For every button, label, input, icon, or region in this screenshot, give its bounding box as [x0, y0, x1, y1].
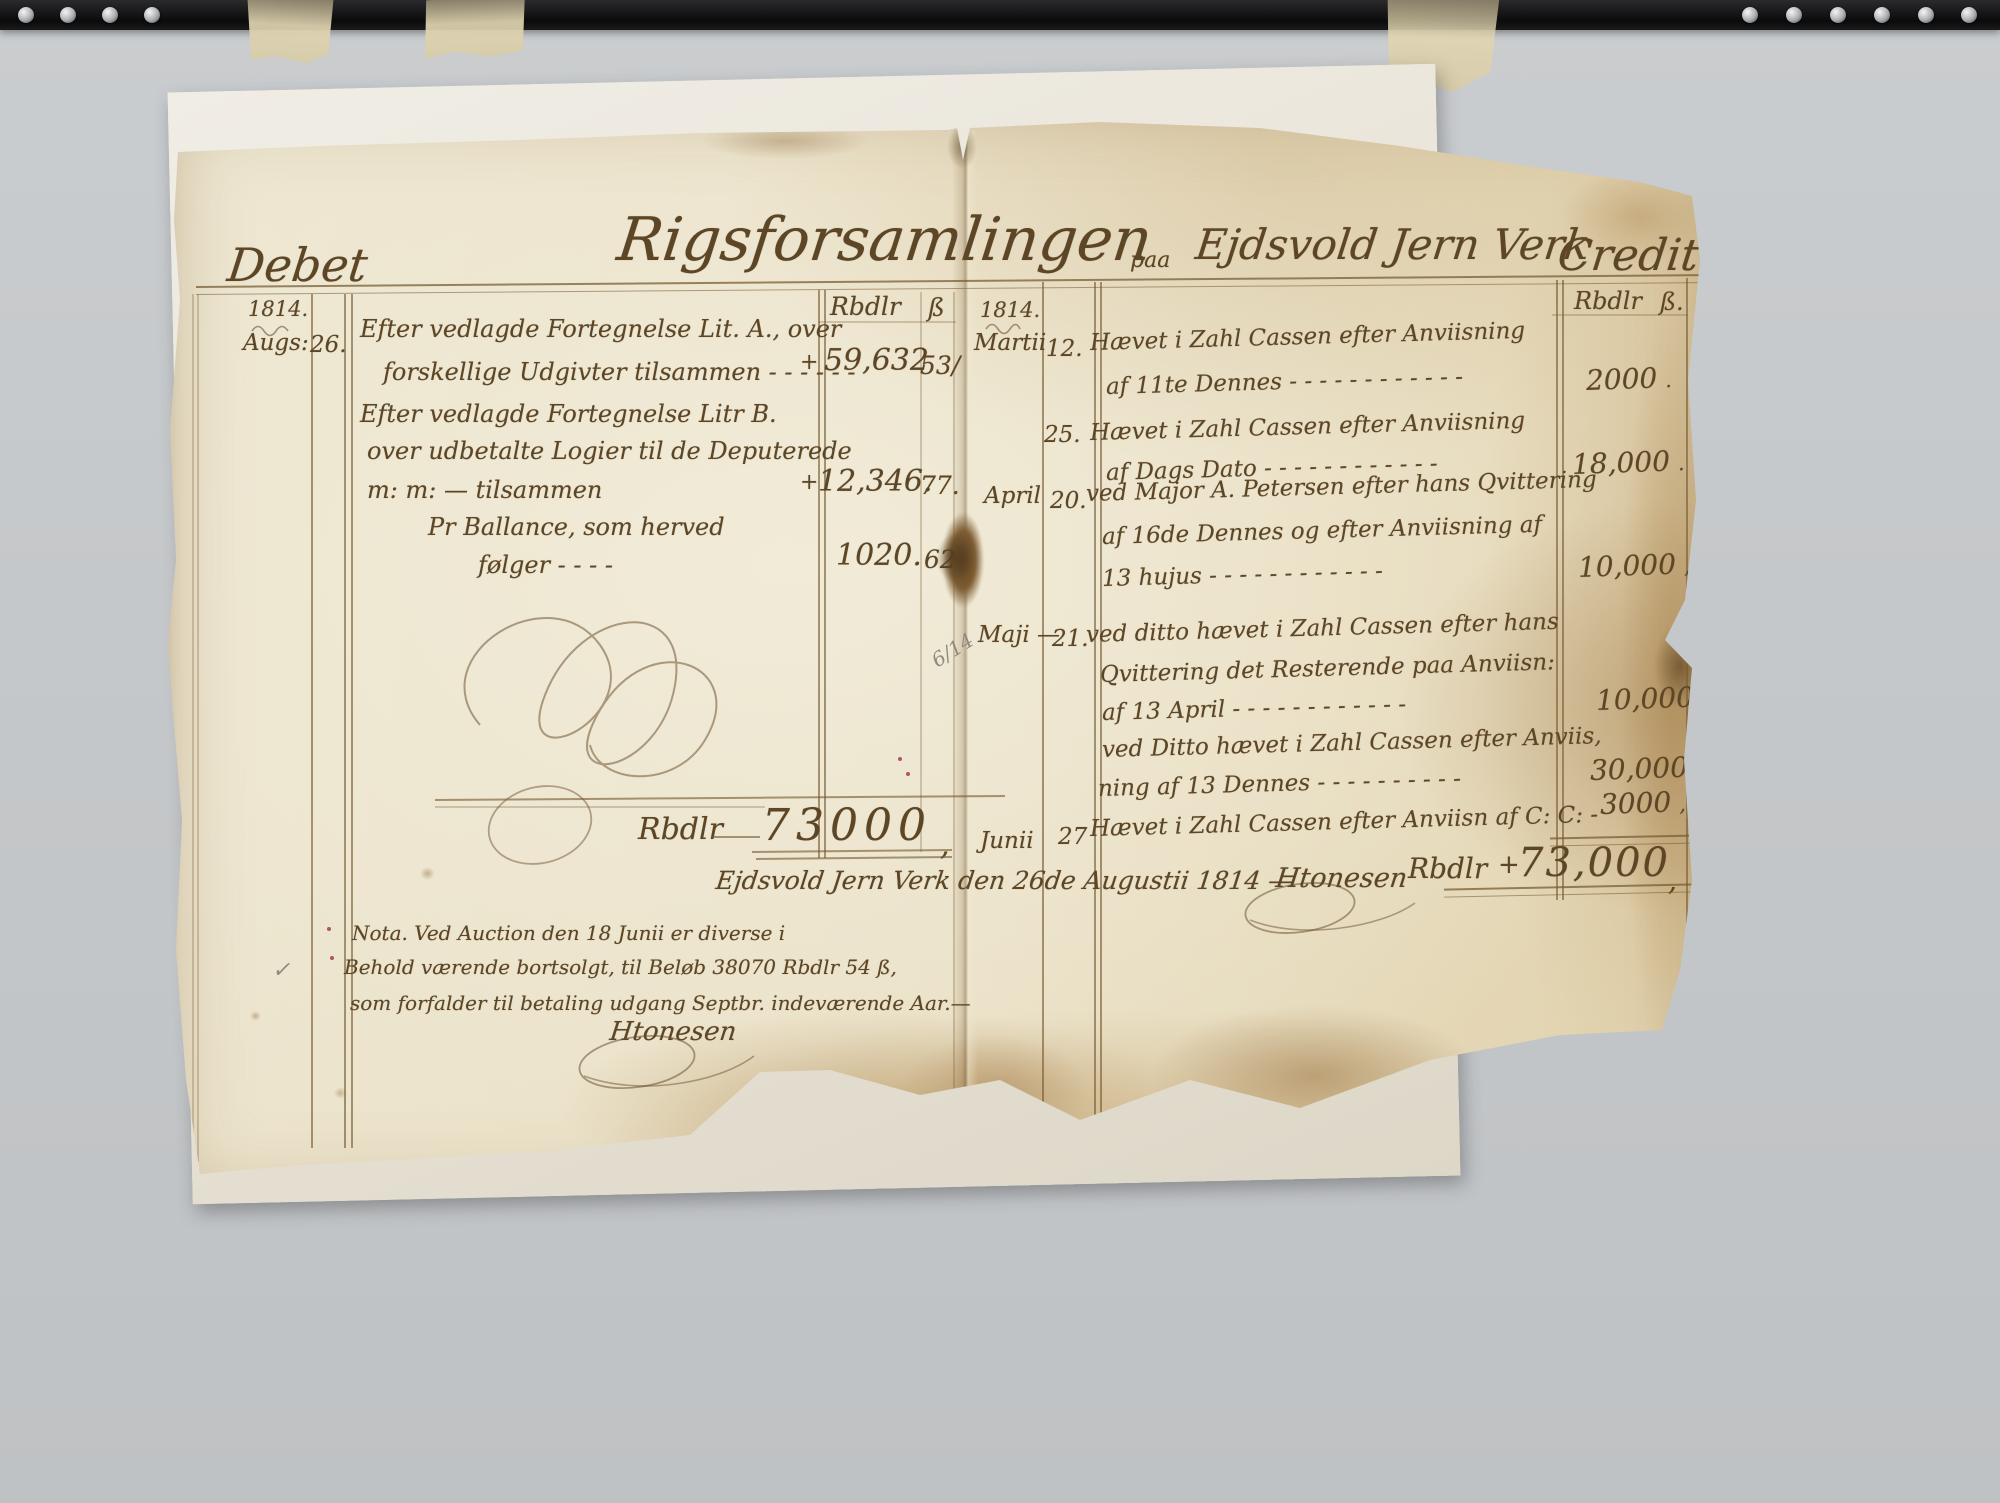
credit-total-label: Rbdlr — [1408, 852, 1487, 885]
signature: Htonesen — [1274, 863, 1409, 894]
ruled-line — [351, 294, 353, 1148]
credit-amount-row: 10,000, — [1595, 680, 1708, 717]
credit-amount-suffix: . — [1665, 368, 1672, 392]
credit-line: 13 hujus - - - - - - - - - - - - — [1102, 558, 1384, 592]
debit-amount-sk: 53/ — [920, 351, 960, 380]
red-speck — [906, 772, 910, 776]
debit-month: Augs: — [243, 330, 309, 356]
screw-icon — [1830, 7, 1846, 23]
credit-currency-header: Rbdlr — [1574, 287, 1642, 315]
credit-month: Maji — — [978, 622, 1060, 648]
credit-line: af 13 April - - - - - - - - - - - - — [1102, 692, 1407, 726]
title-place: Ejdsvold Jern Verk — [1193, 220, 1593, 269]
credit-day: 27 — [1058, 824, 1087, 850]
debit-line: Pr Ballance, som herved — [428, 513, 725, 541]
credit-amount-row: 10,000, — [1577, 547, 1690, 584]
red-speck — [898, 757, 902, 761]
screw-icon — [102, 7, 118, 23]
credit-amount: 30,000 — [1589, 751, 1688, 787]
debit-skilling-header: ß — [928, 293, 945, 322]
ruled-line — [1686, 278, 1688, 1018]
credit-amount-row: 2000. — [1585, 361, 1672, 397]
credit-amount-row: 18,000. — [1571, 444, 1684, 481]
debit-total-label: Rbdlr — [638, 812, 723, 847]
tape-strip — [244, 0, 333, 64]
credit-line: Qvittering det Resterende paa Anviisn: — [1100, 649, 1556, 688]
credit-amount-suffix: , — [1696, 757, 1703, 781]
total-dash — [712, 836, 760, 838]
ruled-line — [1042, 282, 1044, 1132]
dateline: Ejdsvold Jern Verk den 26de Augustii 181… — [714, 866, 1295, 895]
screw-icon — [144, 7, 160, 23]
credit-amount-suffix: , — [1679, 792, 1686, 816]
credit-amount: 10,000 — [1577, 548, 1676, 584]
credit-line: Hævet i Zahl Cassen efter Anviisning — [1090, 318, 1526, 356]
debit-amount-sk: 62 — [924, 545, 956, 574]
debit-year: 1814. — [248, 297, 308, 321]
credit-amount-row: 3000, — [1599, 785, 1686, 821]
ruled-line — [435, 806, 765, 808]
screw-icon — [1961, 7, 1977, 23]
audit-tick: + — [1498, 850, 1520, 880]
ruled-line — [344, 294, 346, 1148]
credit-month: April — [984, 483, 1041, 509]
photograph-scene: Debet Rigsforsamlingen paa Ejdsvold Jern… — [0, 0, 2000, 1503]
credit-amount: 10,000 — [1595, 681, 1694, 717]
note-line: Nota. Ved Auction den 18 Junii er divers… — [352, 921, 785, 945]
credit-amount-suffix: , — [1702, 687, 1709, 711]
credit-amount-row: 30,000, — [1589, 750, 1702, 787]
credit-month: Martii — [974, 330, 1046, 356]
ruled-line — [196, 274, 1701, 295]
red-speck — [327, 927, 331, 931]
credit-amount-suffix: , — [1684, 554, 1691, 578]
credit-line: af 11te Dennes - - - - - - - - - - - - — [1106, 364, 1464, 400]
ruled-line — [311, 294, 313, 1148]
debit-line: Efter vedlagde Fortegnelse Litr B. — [360, 400, 777, 428]
debit-line: over udbetalte Logier til de Deputerede — [367, 437, 852, 465]
credit-amount-suffix: . — [1678, 451, 1685, 475]
credit-amount: 3000 — [1599, 786, 1671, 821]
credit-line: af 16de Dennes og efter Anviisning af — [1102, 512, 1543, 550]
credit-day: 12. — [1046, 336, 1083, 362]
ruled-line — [197, 294, 199, 1162]
screw-icon — [1786, 7, 1802, 23]
screw-icon — [1874, 7, 1890, 23]
credit-skilling-header: ß. — [1660, 288, 1684, 316]
audit-tick: + — [800, 470, 818, 495]
debit-amount-rbd: 1020. — [836, 538, 922, 573]
credit-month: Junii — [980, 828, 1034, 854]
debit-line: forskellige Udgivter tilsammen - - - - -… — [383, 358, 855, 386]
tape-strip — [423, 0, 527, 59]
screw-icon — [18, 7, 34, 23]
margin-check-mark: ✓ — [272, 958, 290, 983]
note-line: Behold værende bortsolgt, til Beløb 3807… — [344, 955, 897, 979]
credit-total-value: 73,000 — [1518, 840, 1670, 886]
debit-line: m: m: — tilsammen — [367, 476, 602, 504]
credit-line: ved Ditto hævet i Zahl Cassen efter Anvi… — [1102, 723, 1602, 763]
screw-icon — [1742, 7, 1758, 23]
debit-amount-rbd: 59,632 — [824, 343, 929, 378]
credit-line: ning af 13 Dennes - - - - - - - - - - — [1098, 766, 1462, 802]
ruled-line — [1444, 883, 1696, 897]
signature: Htonesen — [608, 1017, 738, 1047]
ruled-line — [953, 292, 955, 1222]
debit-day: 26. — [310, 332, 347, 358]
debit-amount-sk: 77. — [920, 471, 960, 500]
ruled-line — [192, 294, 194, 1162]
credit-line: ved ditto hævet i Zahl Cassen efter hans — [1086, 609, 1559, 648]
credit-day: 20. — [1050, 488, 1087, 514]
paper-stain — [250, 1011, 261, 1021]
audit-tick: + — [800, 350, 818, 375]
ledger-document: Debet Rigsforsamlingen paa Ejdsvold Jern… — [168, 105, 1712, 1200]
credit-line: Hævet i Zahl Cassen efter Anviisning — [1090, 408, 1526, 446]
credit-amount: 18,000 — [1571, 445, 1670, 481]
credit-day: 25. — [1044, 422, 1081, 448]
title-connector: paa — [1130, 248, 1170, 273]
screw-icon — [60, 7, 76, 23]
ruled-line — [756, 856, 952, 860]
debit-total-value: 73000 — [762, 800, 932, 851]
screw-icon — [1918, 7, 1934, 23]
red-speck — [330, 956, 334, 960]
credit-amount: 2000 — [1585, 362, 1657, 397]
credit-day: 21. — [1052, 626, 1089, 652]
debit-amount-rbd: 12,346. — [818, 464, 933, 499]
credit-line: Hævet i Zahl Cassen efter Anviisn af C: … — [1090, 802, 1599, 842]
title-main: Rigsforsamlingen — [614, 205, 1156, 275]
debet-heading: Debet — [225, 238, 371, 292]
debit-line: Efter vedlagde Fortegnelse Lit. A., over — [360, 315, 841, 343]
credit-year: 1814. — [980, 298, 1040, 322]
ruled-line — [1094, 282, 1096, 1132]
credit-heading: Credit — [1555, 230, 1702, 281]
